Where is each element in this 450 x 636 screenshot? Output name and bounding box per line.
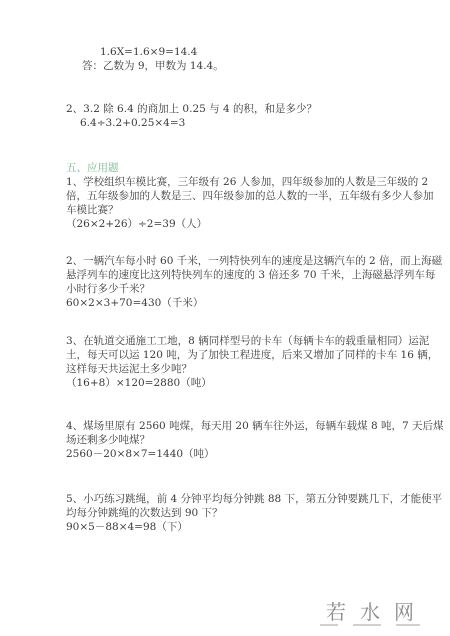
problem-4-line-1: 4、煤场里原有 2560 吨煤，每天用 20 辆车往外运，每辆车载煤 8 吨，7… bbox=[66, 419, 444, 433]
problem-1-line-1: 1、学校组织车模比赛，三年级有 26 人参加，四年级参加的人数是三年级的 2 bbox=[66, 175, 428, 189]
problem-3-line-1: 3、在轨道交通施工工地，8 辆同样型号的卡车（每辆卡车的载重量相同）运泥 bbox=[66, 334, 429, 348]
problem-5-solution: 90×5－88×4=98（下） bbox=[66, 520, 188, 534]
prev-answer: 答：乙数为 9，甲数为 14.4。 bbox=[82, 59, 224, 73]
watermark-subtext bbox=[320, 624, 420, 628]
calc-solution-2: 6.4÷3.2+0.25×4=3 bbox=[80, 116, 185, 130]
problem-1-line-3: 车模比赛？ bbox=[66, 203, 119, 217]
document-page: 1.6X=1.6×9=14.4 答：乙数为 9，甲数为 14.4。 2、3.2 … bbox=[0, 0, 450, 636]
calc-question-2: 2、3.2 除 6.4 的商加上 0.25 与 4 的积，和是多少？ bbox=[66, 102, 317, 116]
problem-4-solution: 2560－20×8×7=1440（吨） bbox=[66, 447, 215, 461]
problem-3-solution: （16+8）×120=2880（吨） bbox=[66, 376, 212, 390]
problem-1-line-2: 倍，五年级参加的人数是三、四年级参加的总人数的一半，五年级有多少人参加 bbox=[66, 189, 434, 203]
section-heading: 五、应用题 bbox=[66, 161, 119, 175]
problem-3-line-3: 这样每天共运泥土多少吨？ bbox=[66, 362, 192, 376]
problem-2-line-3: 小时行多少千米？ bbox=[66, 282, 150, 296]
problem-3-line-2: 土，每天可以运 120 吨，为了加快工程进度，后来又增加了同样的卡车 16 辆， bbox=[66, 348, 438, 362]
problem-2-solution: 60×2×3+70=430（千米） bbox=[66, 296, 203, 310]
problem-2-line-1: 2、一辆汽车每小时 60 千米，一列特快列车的速度是这辆汽车的 2 倍，而上海磁 bbox=[66, 254, 442, 268]
problem-1-solution: （26×2+26）÷2=39（人） bbox=[66, 217, 207, 231]
problem-5-line-2: 均每分钟跳绳的次数达到 90 下？ bbox=[66, 506, 223, 520]
prev-equation: 1.6X=1.6×9=14.4 bbox=[100, 45, 197, 59]
problem-5-line-1: 5、小巧练习跳绳，前 4 分钟平均每分钟跳 88 下，第五分钟要跳几下，才能使平 bbox=[66, 492, 442, 506]
watermark-logo: 若水网 bbox=[326, 596, 428, 625]
problem-2-line-2: 悬浮列车的速度比这列特快列车的速度的 3 倍还多 70 千米，上海磁悬浮列车每 bbox=[66, 268, 435, 282]
problem-4-line-2: 场还剩多少吨煤？ bbox=[66, 433, 150, 447]
